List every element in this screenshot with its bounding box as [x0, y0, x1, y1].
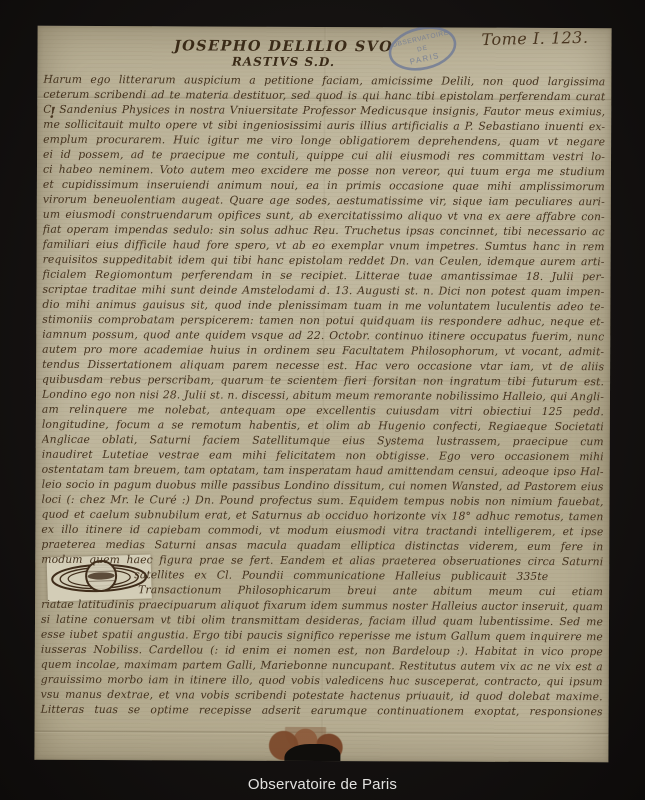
archive-photograph: JOSEPHO DELILIO SVO RASTIVS S.D. Tome I.…: [0, 0, 645, 800]
fold-crease: [35, 730, 609, 736]
observatoire-oval-stamp-icon: OBSERVATOIRE DE PARIS: [381, 26, 464, 80]
tome-annotation: Tome I. 123.: [481, 28, 588, 49]
paper-damage-stain: [266, 727, 344, 761]
stamp-text-middle: DE: [417, 44, 429, 53]
letter-body-text: Harum ego litterarum auspicium a petitio…: [41, 72, 606, 719]
manuscript-line: modum quem haec figura prae se fert. Ean…: [41, 552, 603, 569]
manuscript-sheet: JOSEPHO DELILIO SVO RASTIVS S.D. Tome I.…: [34, 26, 611, 762]
paper-torn-notch: [284, 744, 340, 762]
archive-caption: Observatoire de Paris: [0, 776, 645, 793]
manuscript-line: Litteras tuas se optime recepisse adseri…: [41, 702, 603, 719]
